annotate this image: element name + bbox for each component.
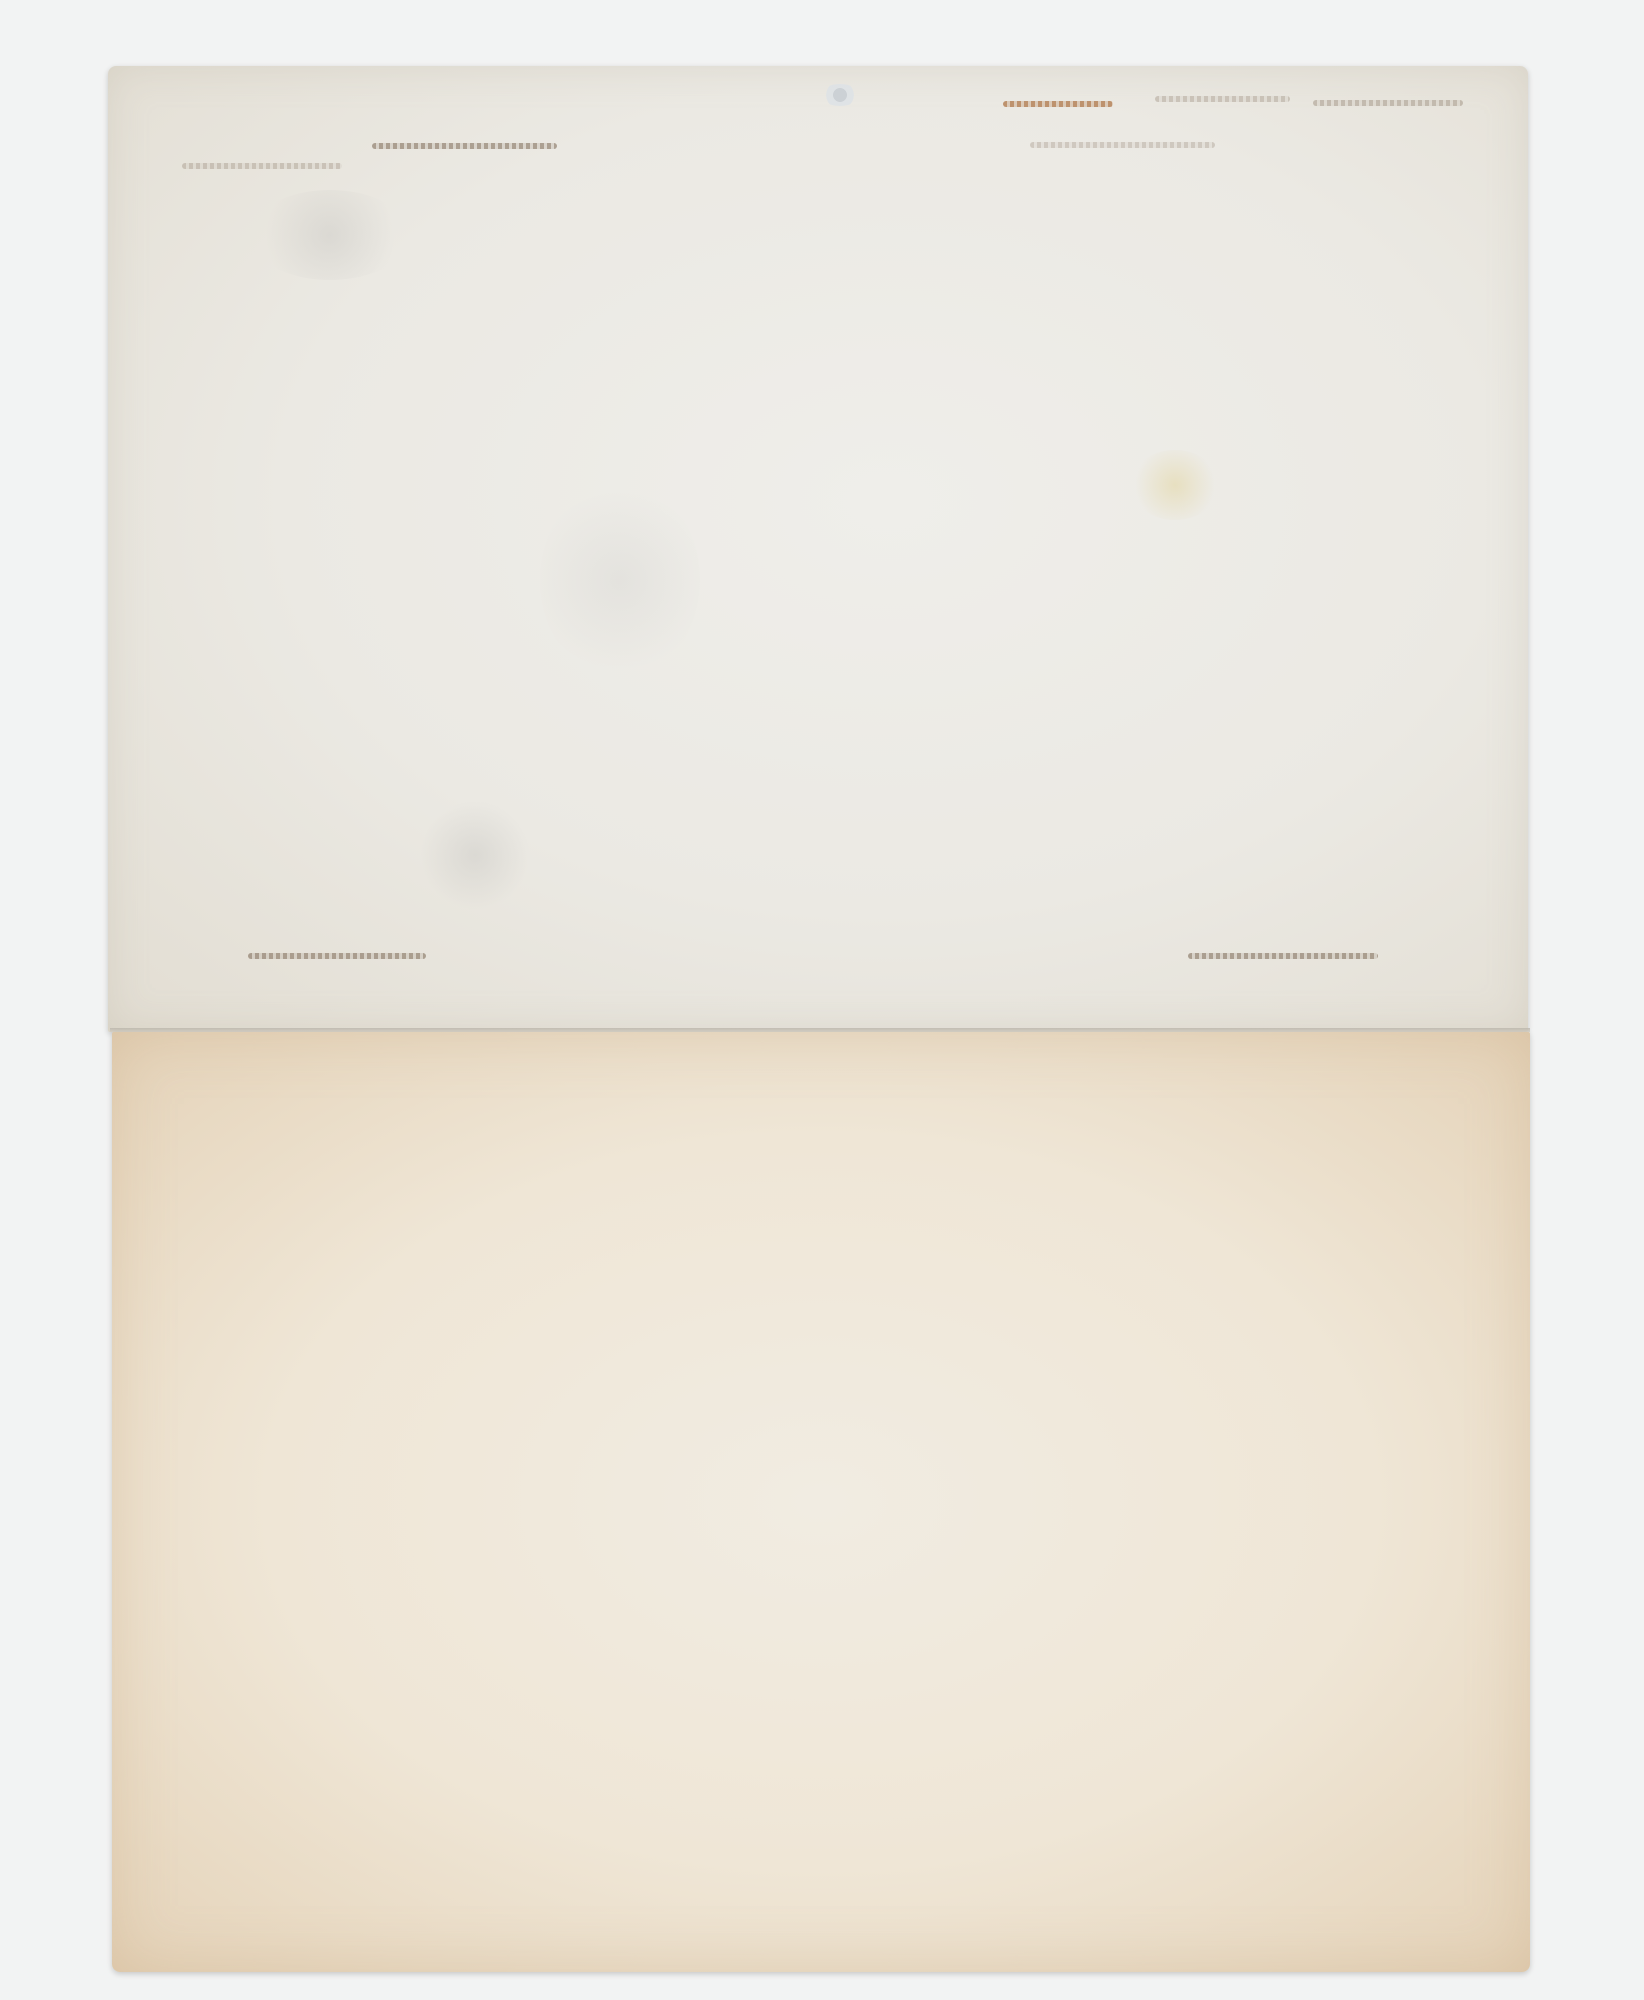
tape-residue (1003, 101, 1113, 107)
photo-scene (0, 0, 1644, 2000)
stain (1130, 450, 1220, 520)
tape-residue (1155, 96, 1290, 102)
tape-residue (182, 163, 342, 169)
tape-residue (1188, 953, 1378, 959)
smudge (540, 480, 700, 680)
tape-residue (1030, 142, 1215, 148)
tape-residue (248, 953, 426, 959)
tape-residue (1313, 100, 1463, 106)
smudge (420, 800, 530, 910)
hanger-icon (820, 84, 860, 106)
paper-bottom-panel (112, 1032, 1530, 1972)
smudge (250, 190, 410, 280)
tape-residue (372, 143, 557, 149)
